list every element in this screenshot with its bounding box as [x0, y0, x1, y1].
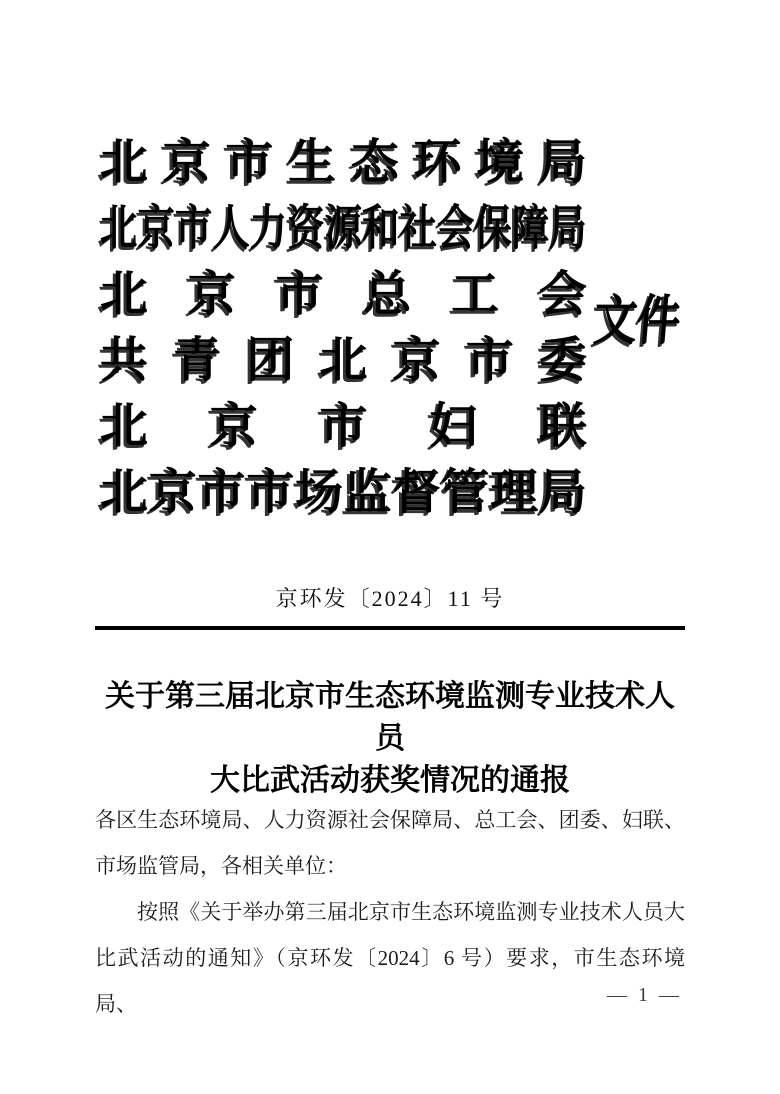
issuer-line-2: 北京市人力资源和社会保障局	[100, 196, 480, 262]
salutation: 各区生态环境局、人力资源社会保障局、总工会、团委、妇联、市场监管局，各相关单位：	[95, 797, 685, 889]
body-paragraph: 按照《关于举办第三届北京市生态环境监测专业技术人员大比武活动的通知》（京环发〔2…	[95, 889, 685, 1027]
issuer-line-5: 北京市妇联	[100, 394, 587, 460]
issuing-agencies: 北京市生态环境局 北京市人力资源和社会保障局 北京市总工会 共青团北京市委 北京…	[100, 130, 587, 526]
issuer-line-4: 共青团北京市委	[100, 328, 587, 394]
issuer-line-3: 北京市总工会	[100, 262, 587, 328]
separator-rule	[95, 626, 685, 630]
document-number: 京环发〔2024〕11 号	[0, 582, 780, 613]
document-page: 北京市生态环境局 北京市人力资源和社会保障局 北京市总工会 共青团北京市委 北京…	[0, 0, 780, 1094]
document-title: 关于第三届北京市生态环境监测专业技术人员 大比武活动获奖情况的通报	[95, 676, 685, 802]
issuer-line-1: 北京市生态环境局	[100, 130, 587, 196]
issuer-line-6: 北京市市场监督管理局	[100, 460, 587, 526]
document-word: 文件	[591, 288, 683, 354]
document-body: 各区生态环境局、人力资源社会保障局、总工会、团委、妇联、市场监管局，各相关单位：…	[95, 797, 685, 1027]
document-title-line-1: 关于第三届北京市生态环境监测专业技术人员	[95, 676, 685, 760]
page-number: — 1 —	[607, 984, 682, 1007]
document-title-line-2: 大比武活动获奖情况的通报	[95, 760, 685, 802]
